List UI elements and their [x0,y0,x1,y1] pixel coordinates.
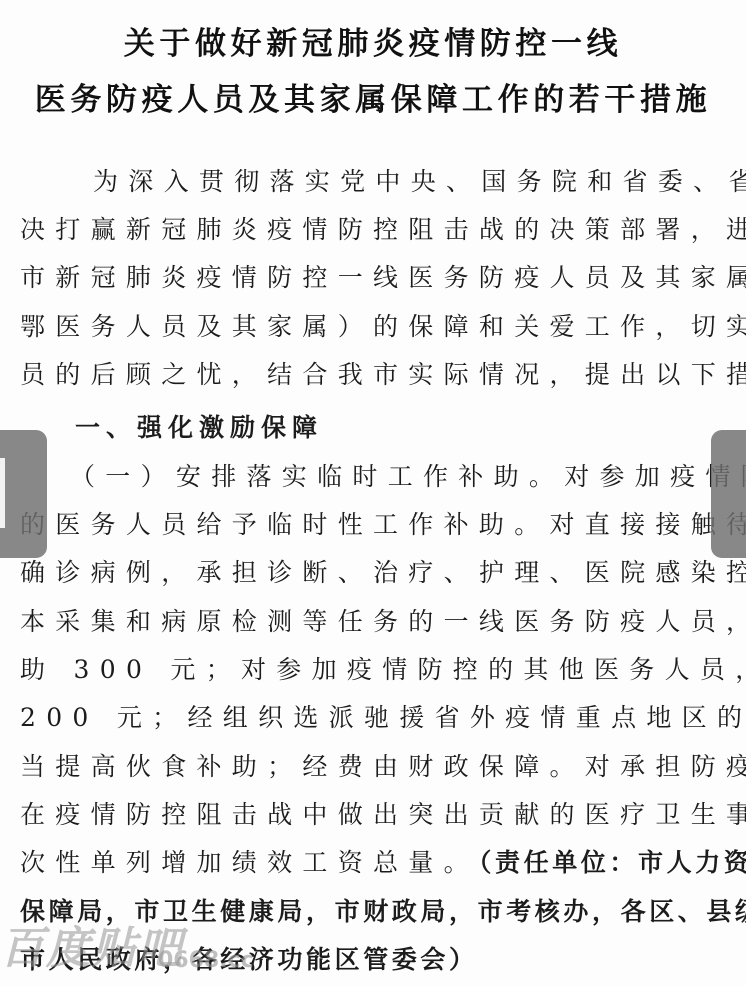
intro-line: 市新冠肺炎疫情防控一线医务防疫人员及其家属（特别是援 [20,258,742,298]
document-page: 关于做好新冠肺炎疫情防控一线 医务防疫人员及其家属保障工作的若干措施 为深入贯彻… [0,0,746,986]
subsection-line: 确诊病例，承担诊断、治疗、护理、医院感染控制、病例标 [20,553,742,593]
section-heading: 一、强化激励保障 [75,408,746,448]
responsible-units-line: 市人民政府，各经济功能区管委会） [20,940,742,980]
subsection-line: 的医务人员给予临时性工作补助。对直接接触待排查病例或 [20,505,742,545]
document-title-line-1: 关于做好新冠肺炎疫情防控一线 [0,24,746,64]
intro-line: 为深入贯彻落实党中央、国务院和省委、省政府关于坚 [93,162,746,202]
mixed-line: 次性单列增加绩效工资总量。（责任单位：市人力资源社会 [20,843,742,883]
subsection-line: （一）安排落实临时工作补助。对参加疫情防控阻击战 [70,457,746,497]
normal-text: 次性单列增加绩效工资总量。 [20,848,479,877]
subsection-line: 在疫情防控阻击战中做出突出贡献的医疗卫生事业单位，一 [20,795,742,835]
intro-line: 鄂医务人员及其家属）的保障和关爱工作，切实解决医务人 [20,307,742,347]
subsection-line: 当提高伙食补助；经费由财政保障。对承担防疫重点任务、 [20,747,742,787]
responsible-units-text: （责任单位：市人力资源社会 [479,848,746,877]
document-title-line-2: 医务防疫人员及其家属保障工作的若干措施 [0,80,746,120]
intro-line: 员的后顾之忧，结合我市实际情况，提出以下措施。 [20,355,742,395]
intro-line: 决打赢新冠肺炎疫情防控阻击战的决策部署，进一步做好我 [20,210,742,250]
next-page-button[interactable] [711,430,746,558]
subsection-line: 助 300 元；对参加疫情防控的其他医务人员，每人每天补助 [20,650,742,690]
responsible-units-line: 保障局，市卫生健康局，市财政局，市考核办，各区、县级 [20,892,742,932]
subsection-line: 200 元；经组织选派驰援省外疫情重点地区的医务人员，适 [20,698,742,738]
previous-page-button[interactable] [0,430,47,558]
page-peek-indicator [0,458,5,528]
subsection-line: 本采集和病原检测等任务的一线医务防疫人员，每人每天补 [20,602,742,642]
